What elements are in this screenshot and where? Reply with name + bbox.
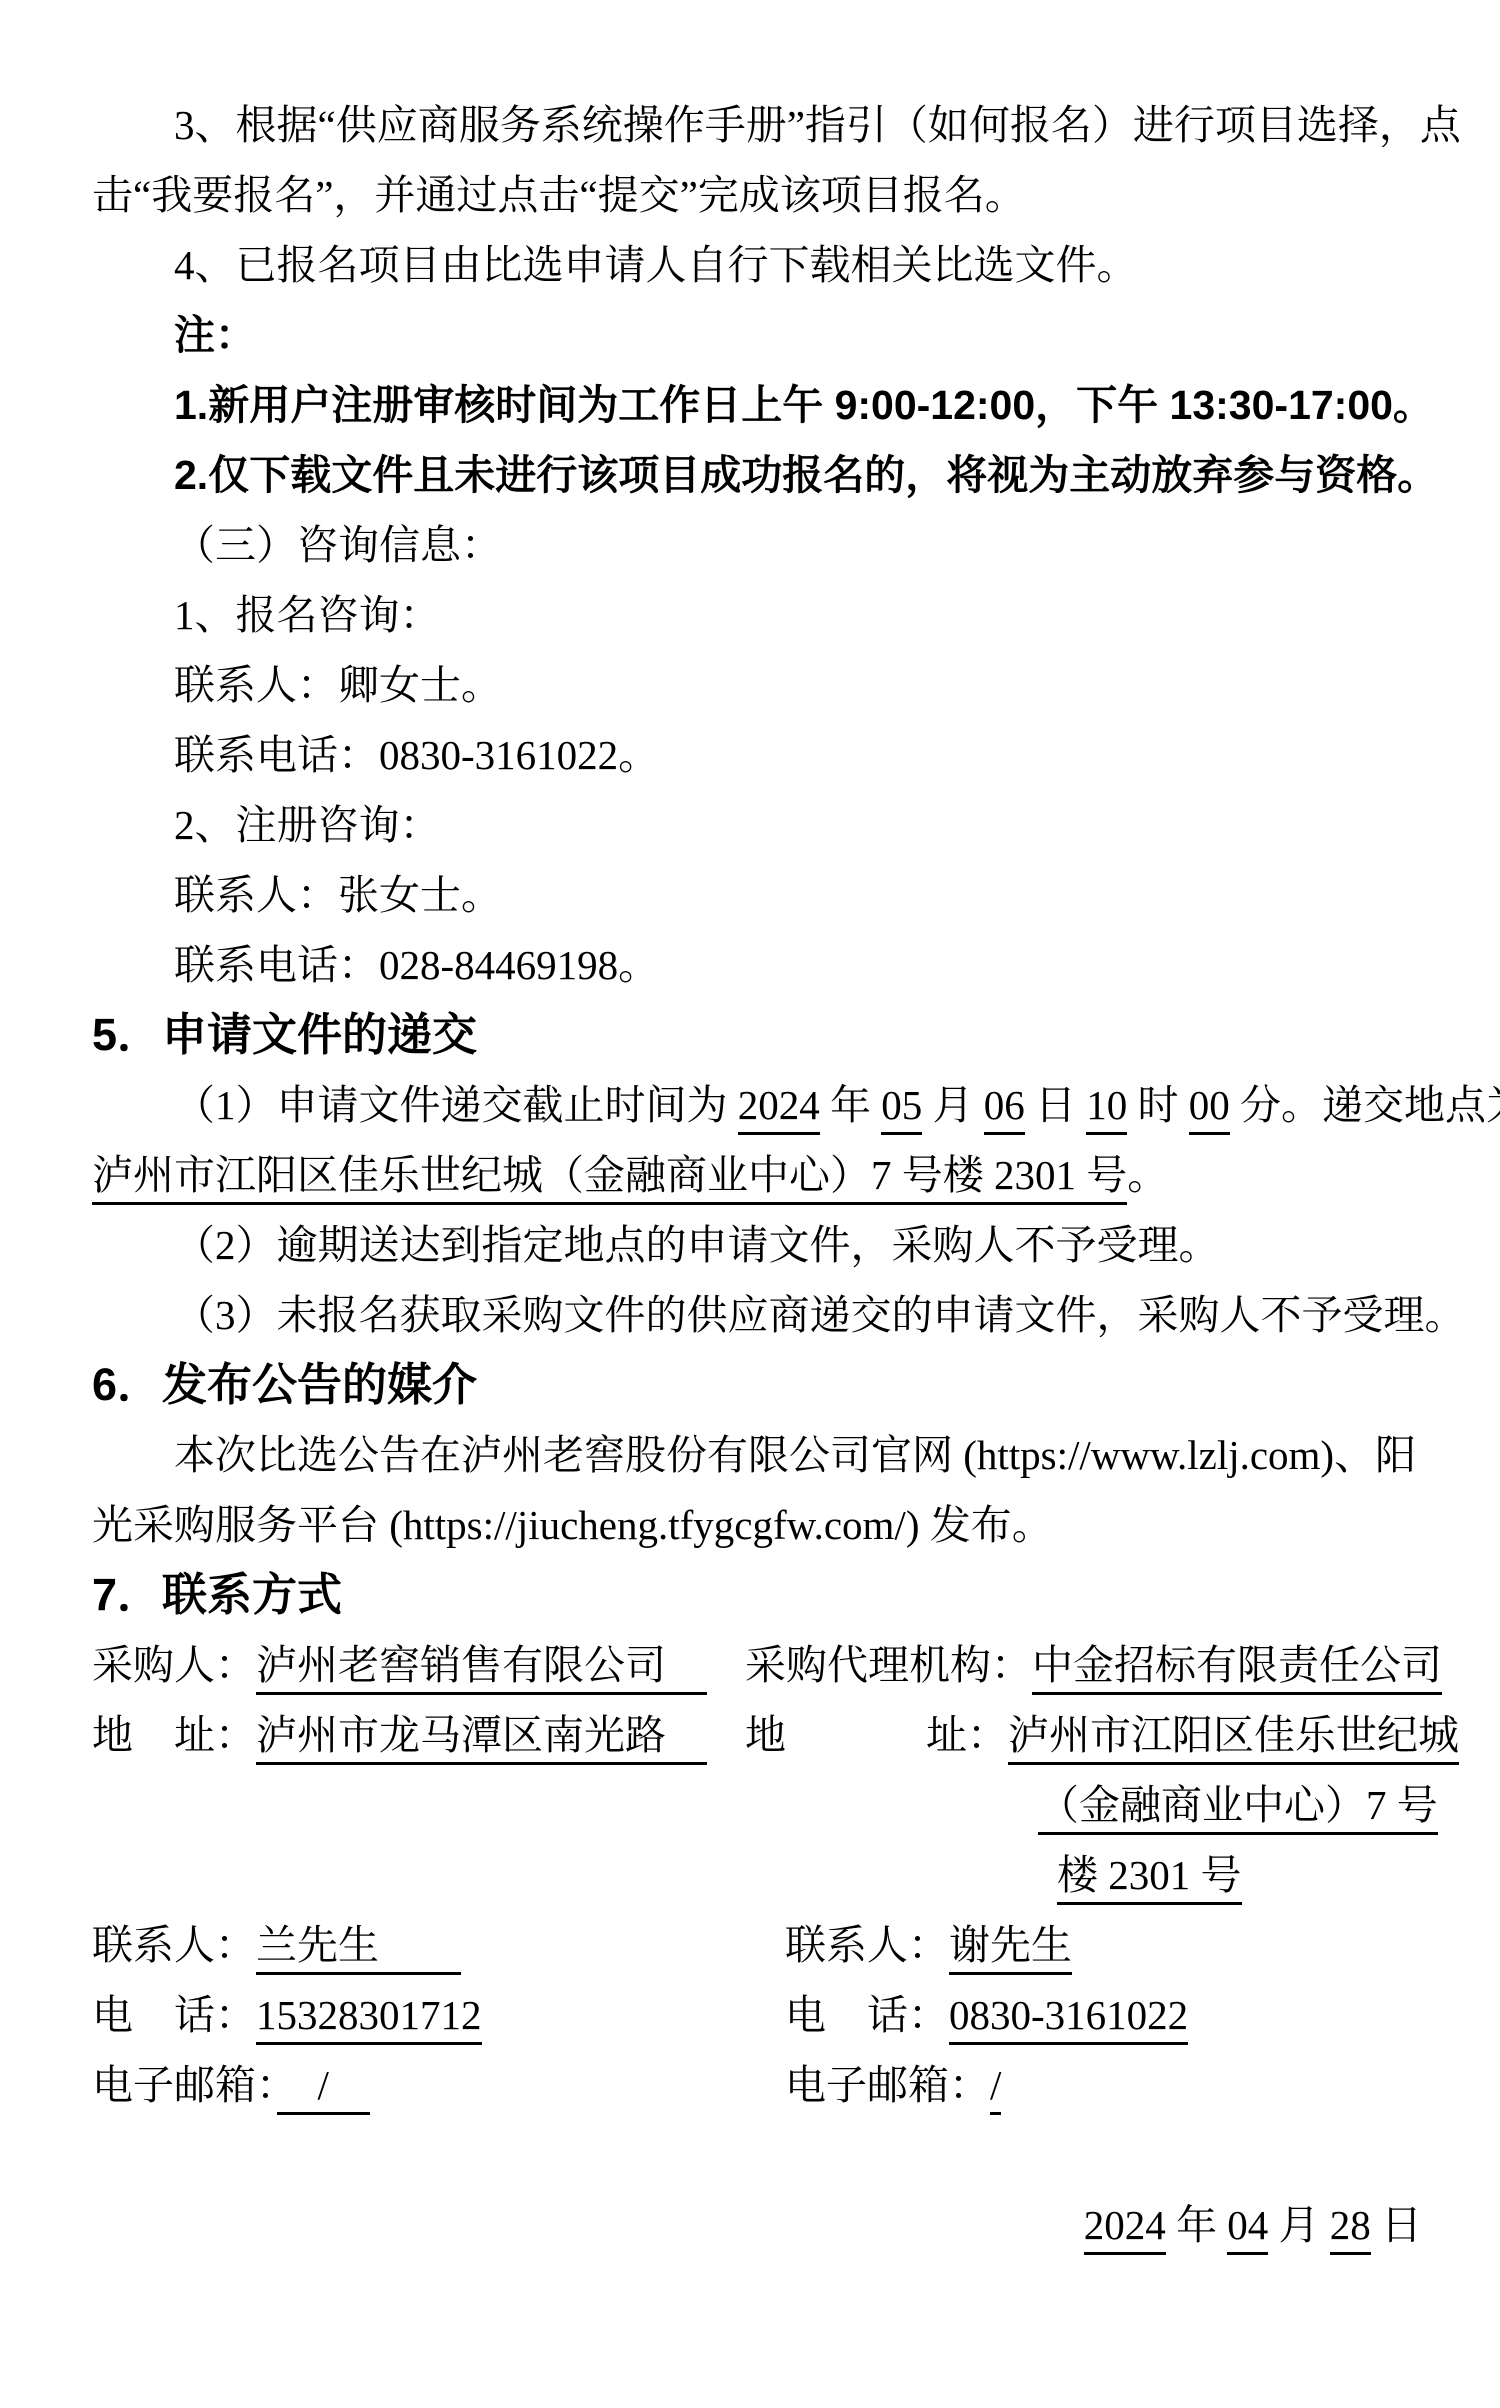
announcement-media-line2: 光采购服务平台 (https://jiucheng.tfygcgfw.com/)… xyxy=(92,1490,1442,1560)
email-label: 电子邮箱： xyxy=(785,2062,990,2108)
email-label: 电子邮箱： xyxy=(92,2062,277,2108)
agency-address-line1: 泸州市江阳区佳乐世纪城 xyxy=(1008,1712,1459,1765)
agency-email: / xyxy=(990,2062,1001,2115)
step4-line: 4、已报名项目由比选申请人自行下载相关比选文件。 xyxy=(92,230,1442,300)
deadline-minute: 00 xyxy=(1189,1082,1230,1135)
section5-item2: （2）逾期送达到指定地点的申请文件，采购人不予受理。 xyxy=(92,1210,1442,1280)
consult-acct-phone: 联系电话：028-84469198。 xyxy=(92,930,1442,1000)
consult-reg-contact: 联系人：卿女士。 xyxy=(92,650,1442,720)
deadline-day-unit: 日 xyxy=(1025,1082,1087,1128)
note-item-1: 1.新用户注册审核时间为工作日上午 9:00-12:00，下午 13:30-17… xyxy=(92,370,1442,440)
consult-acct-title: 2、注册咨询： xyxy=(92,790,1442,860)
purchaser-address-field: 地址：泸州市龙马潭区南光路 xyxy=(92,1700,707,1770)
purchaser-phone-field: 电话：15328301712 xyxy=(92,1980,482,2050)
date-day: 28 xyxy=(1330,2202,1371,2255)
consult-reg-title: 1、报名咨询： xyxy=(92,580,1442,650)
deadline-year-unit: 年 xyxy=(820,1082,882,1128)
deadline-line: （1）申请文件递交截止时间为 2024 年 05 月 06 日 10 时 00 … xyxy=(92,1070,1442,1140)
contact-row-addresses: 地址：泸州市龙马潭区南光路 地址：泸州市江阳区佳乐世纪城 xyxy=(92,1700,1442,1770)
consult-heading: （三）咨询信息： xyxy=(92,510,1442,580)
purchaser-field: 采购人：泸州老窖销售有限公司 xyxy=(92,1630,707,1700)
section5-item3: （3）未报名获取采购文件的供应商递交的申请文件，采购人不予受理。 xyxy=(92,1280,1442,1350)
agency-field: 采购代理机构：中金招标有限责任公司 xyxy=(745,1630,1442,1700)
contact-label: 联系人： xyxy=(92,1922,256,1968)
contact-label: 联系人： xyxy=(785,1922,949,1968)
phone-label-dian: 电 xyxy=(92,1992,133,2038)
date-month-unit: 月 xyxy=(1268,2202,1330,2248)
date-year-unit: 年 xyxy=(1166,2202,1228,2248)
purchaser-addr-label-zhi: 址： xyxy=(174,1712,256,1758)
purchaser-name: 泸州老窖销售有限公司 xyxy=(256,1642,707,1695)
deadline-hour: 10 xyxy=(1086,1082,1127,1135)
deadline-year: 2024 xyxy=(738,1082,820,1135)
deadline-day: 06 xyxy=(984,1082,1025,1135)
blank-line xyxy=(92,2120,1442,2190)
agency-email-field: 电子邮箱：/ xyxy=(785,2050,1001,2120)
phone-label-hua: 话： xyxy=(174,1992,256,2038)
phone-label-hua: 话： xyxy=(867,1992,949,2038)
agency-label: 采购代理机构： xyxy=(745,1642,1032,1688)
purchaser-email-field: 电子邮箱： / xyxy=(92,2050,370,2120)
section5-heading: 5．申请文件的递交 xyxy=(92,1000,1442,1070)
contact-row-persons: 联系人：兰先生 联系人：谢先生 xyxy=(92,1910,1442,1980)
contact-row-organizations: 采购人：泸州老窖销售有限公司 采购代理机构：中金招标有限责任公司 xyxy=(92,1630,1442,1700)
submission-address-period: 。 xyxy=(1127,1152,1168,1198)
section6-heading: 6．发布公告的媒介 xyxy=(92,1350,1442,1420)
agency-address-line3: 楼 2301 号 xyxy=(1057,1852,1242,1905)
consult-reg-phone: 联系电话：0830-3161022。 xyxy=(92,720,1442,790)
note-item-2: 2.仅下载文件且未进行该项目成功报名的，将视为主动放弃参与资格。 xyxy=(92,440,1442,510)
purchaser-email: / xyxy=(277,2062,370,2115)
agency-addr-label-zhi: 址： xyxy=(926,1712,1008,1758)
contact-row-emails: 电子邮箱： / 电子邮箱：/ xyxy=(92,2050,1442,2120)
deadline-suffix: 分。递交地点为 xyxy=(1230,1082,1500,1128)
announcement-media-line1: 本次比选公告在泸州老窖股份有限公司官网 (https://www.lzlj.co… xyxy=(92,1420,1442,1490)
agency-address-cont-line2: （金融商业中心）7 号 xyxy=(92,1770,1442,1840)
step3-line1: 3、根据“供应商服务系统操作手册”指引（如何报名）进行项目选择，点 xyxy=(92,90,1442,160)
agency-addr-label-di: 地 xyxy=(745,1712,786,1758)
submission-address: 泸州市江阳区佳乐世纪城（金融商业中心）7 号楼 2301 号 xyxy=(92,1152,1127,1205)
agency-contact-name: 谢先生 xyxy=(949,1922,1072,1975)
agency-address-cont-line3: 楼 2301 号 xyxy=(92,1840,1442,1910)
deadline-month-unit: 月 xyxy=(922,1082,984,1128)
deadline-hour-unit: 时 xyxy=(1127,1082,1189,1128)
agency-name: 中金招标有限责任公司 xyxy=(1032,1642,1442,1695)
purchaser-contact-name: 兰先生 xyxy=(256,1922,461,1975)
document-date-line: 2024 年 04 月 28 日 xyxy=(92,2190,1442,2260)
agency-address-field: 地址：泸州市江阳区佳乐世纪城 xyxy=(745,1700,1459,1770)
agency-contact-field: 联系人：谢先生 xyxy=(785,1910,1072,1980)
date-day-unit: 日 xyxy=(1371,2202,1422,2248)
purchaser-phone: 15328301712 xyxy=(256,1992,482,2045)
agency-address-line2: （金融商业中心）7 号 xyxy=(1038,1782,1438,1835)
document-page: 3、根据“供应商服务系统操作手册”指引（如何报名）进行项目选择，点 击“我要报名… xyxy=(0,0,1500,2408)
contact-row-phones: 电话：15328301712 电话：0830-3161022 xyxy=(92,1980,1442,2050)
agency-phone: 0830-3161022 xyxy=(949,1992,1188,2045)
agency-phone-field: 电话：0830-3161022 xyxy=(785,1980,1188,2050)
purchaser-addr-label-di: 地 xyxy=(92,1712,133,1758)
purchaser-address: 泸州市龙马潭区南光路 xyxy=(256,1712,707,1765)
phone-label-dian: 电 xyxy=(785,1992,826,2038)
deadline-month: 05 xyxy=(881,1082,922,1135)
section7-heading: 7．联系方式 xyxy=(92,1560,1442,1630)
purchaser-contact-field: 联系人：兰先生 xyxy=(92,1910,461,1980)
consult-acct-contact: 联系人：张女士。 xyxy=(92,860,1442,930)
deadline-prefix: （1）申请文件递交截止时间为 xyxy=(174,1082,738,1128)
step3-line2: 击“我要报名”，并通过点击“提交”完成该项目报名。 xyxy=(92,160,1442,230)
purchaser-label: 采购人： xyxy=(92,1642,256,1688)
note-label: 注： xyxy=(92,300,1442,370)
date-month: 04 xyxy=(1227,2202,1268,2255)
date-year: 2024 xyxy=(1084,2202,1166,2255)
submission-address-line: 泸州市江阳区佳乐世纪城（金融商业中心）7 号楼 2301 号。 xyxy=(92,1140,1442,1210)
